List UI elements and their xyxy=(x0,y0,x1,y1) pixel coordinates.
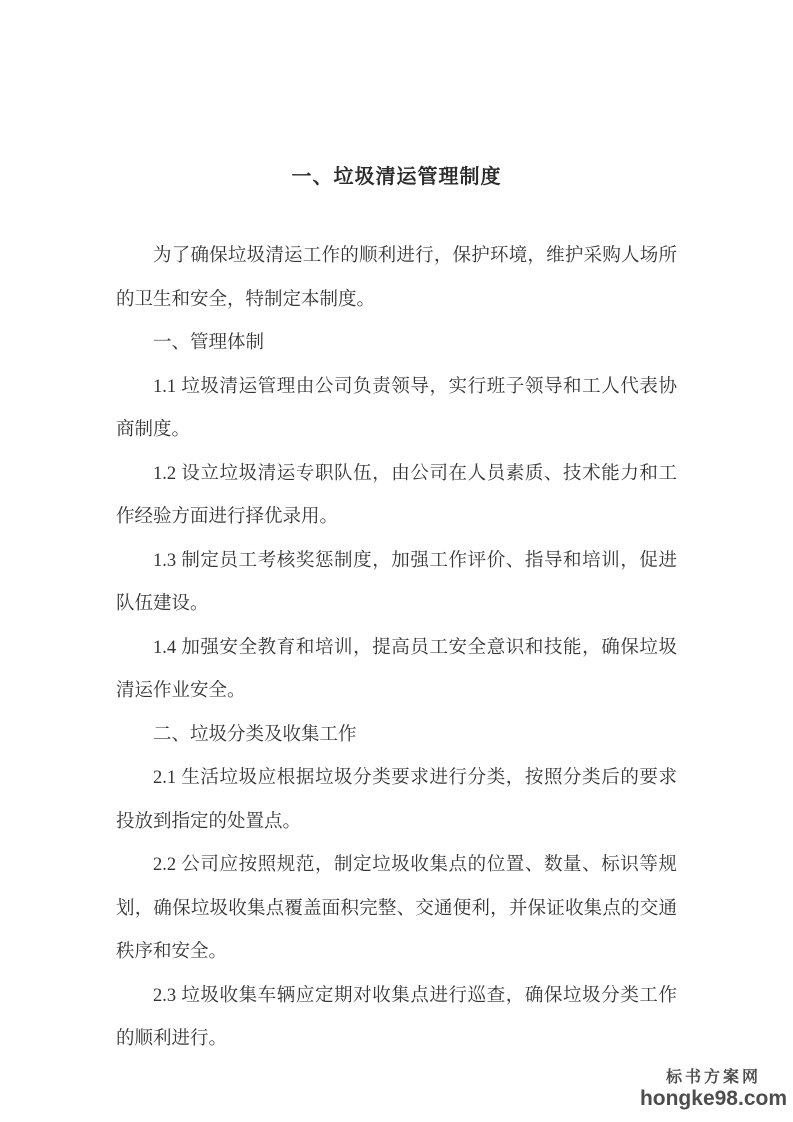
watermark-site-name: 标书方案网 xyxy=(640,1068,787,1088)
clause-2-1: 2.1 生活垃圾应根据垃圾分类要求进行分类，按照分类后的要求投放到指定的处置点。 xyxy=(116,757,677,844)
clause-1-1: 1.1 垃圾清运管理由公司负责领导，实行班子领导和工人代表协商制度。 xyxy=(116,366,677,453)
clause-2-2: 2.2 公司应按照规范，制定垃圾收集点的位置、数量、标识等规划，确保垃圾收集点覆… xyxy=(116,844,677,975)
clause-2-3: 2.3 垃圾收集车辆应定期对收集点进行巡查，确保垃圾分类工作的顺利进行。 xyxy=(116,975,677,1062)
section-heading-2: 二、垃圾分类及收集工作 xyxy=(116,714,677,758)
watermark-site-url: hongke98.com xyxy=(640,1088,787,1110)
document-page: 一、垃圾清运管理制度 为了确保垃圾清运工作的顺利进行，保护环境，维护采购人场所的… xyxy=(0,0,793,1122)
intro-paragraph: 为了确保垃圾清运工作的顺利进行，保护环境，维护采购人场所的卫生和安全，特制定本制… xyxy=(116,235,677,322)
clause-1-3: 1.3 制定员工考核奖惩制度，加强工作评价、指导和培训，促进队伍建设。 xyxy=(116,540,677,627)
document-content: 一、垃圾清运管理制度 为了确保垃圾清运工作的顺利进行，保护环境，维护采购人场所的… xyxy=(116,162,677,1062)
clause-1-4: 1.4 加强安全教育和培训，提高员工安全意识和技能，确保垃圾清运作业安全。 xyxy=(116,627,677,714)
clause-1-2: 1.2 设立垃圾清运专职队伍，由公司在人员素质、技术能力和工作经验方面进行择优录… xyxy=(116,453,677,540)
watermark: 标书方案网 hongke98.com xyxy=(640,1068,787,1110)
section-heading-1: 一、管理体制 xyxy=(116,322,677,366)
document-title: 一、垃圾清运管理制度 xyxy=(116,162,677,192)
